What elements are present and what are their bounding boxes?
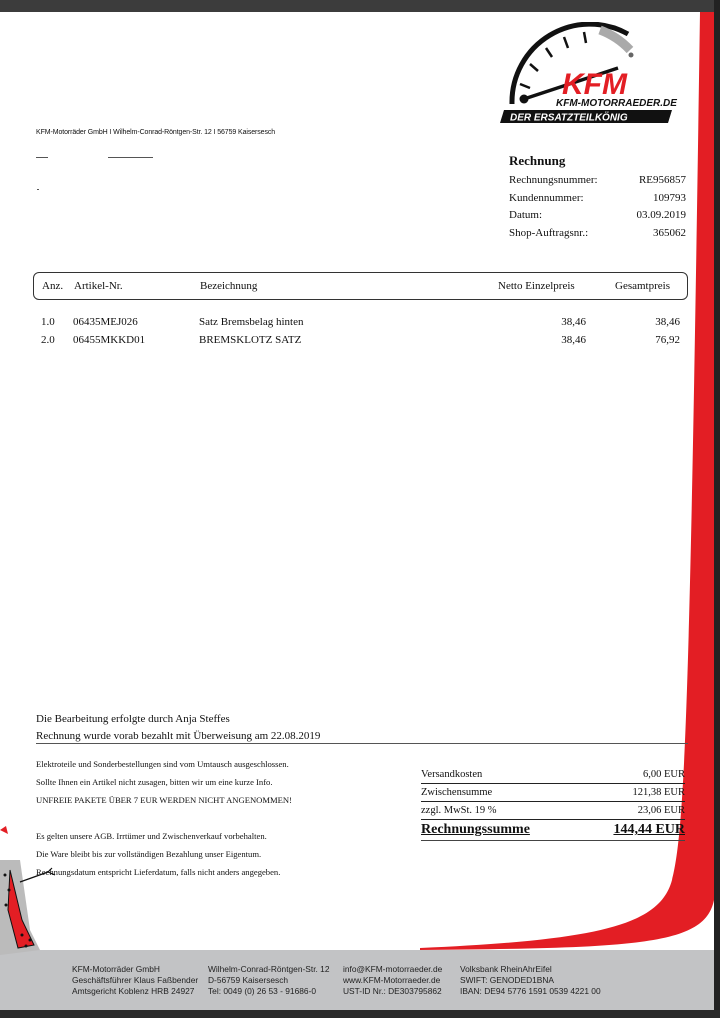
processed-by: Die Bearbeitung erfolgte durch Anja Stef…	[36, 711, 320, 728]
kfm-logo: KFM KFM-MOTORRAEDER.DE DER ERSATZTEILKÖN…	[500, 22, 690, 127]
shop-order-number: 365062	[653, 225, 686, 243]
col-total: Gesamtpreis	[615, 280, 670, 292]
footer-email: info@KFM-motorraeder.de	[343, 964, 442, 975]
totals-box: Versandkosten6,00 EUR Zwischensumme121,3…	[421, 766, 685, 841]
items-table-header: Anz. Artikel-Nr. Bezeichnung Netto Einze…	[33, 272, 688, 300]
viewer-bottom-bar	[0, 1010, 720, 1018]
invoice-date-row: Datum:03.09.2019	[509, 207, 686, 225]
svg-text:DER ERSATZTEILKÖNIG: DER ERSATZTEILKÖNIG	[510, 111, 628, 124]
invoice-info: Rechnung Rechnungsnummer:RE956857 Kunden…	[509, 153, 686, 242]
svg-text:KFM: KFM	[562, 68, 628, 101]
sender-address-line: KFM-Motorräder GmbH I Wilhelm-Conrad-Rön…	[36, 129, 275, 136]
footer-contact: info@KFM-motorraeder.de www.KFM-Motorrae…	[343, 964, 442, 997]
col-unit-price: Netto Einzelpreis	[498, 280, 575, 292]
invoice-date: 03.09.2019	[637, 207, 687, 225]
king-mascot-illustration	[0, 820, 60, 960]
subtotal-amount: 121,38 EUR	[633, 784, 686, 801]
invoice-title: Rechnung	[509, 153, 686, 169]
customer-number-row: Kundennummer:109793	[509, 190, 686, 208]
footer-company: KFM-Motorräder GmbH Geschäftsführer Klau…	[72, 964, 198, 997]
vat-amount: 23,06 EUR	[638, 802, 685, 819]
viewer-right-edge	[714, 0, 720, 1018]
grand-total-amount: 144,44 EUR	[613, 820, 685, 840]
shipping-amount: 6,00 EUR	[643, 766, 685, 783]
svg-text:KFM-MOTORRAEDER.DE: KFM-MOTORRAEDER.DE	[556, 98, 677, 109]
subtotal-row: Zwischensumme121,38 EUR	[421, 784, 685, 802]
invoice-number-row: Rechnungsnummer:RE956857	[509, 172, 686, 190]
divider	[36, 743, 688, 744]
invoice-number: RE956857	[639, 172, 686, 190]
table-row: 1.0 06435MEJ026 Satz Bremsbelag hinten 3…	[33, 316, 686, 334]
terms-notes: Elektroteile und Sonderbestellungen sind…	[36, 755, 292, 881]
col-qty: Anz.	[42, 280, 63, 292]
shop-order-row: Shop-Auftragsnr.:365062	[509, 225, 686, 243]
redacted-recipient	[37, 189, 39, 190]
shipping-row: Versandkosten6,00 EUR	[421, 766, 685, 784]
redacted-recipient	[108, 157, 153, 158]
processing-notes: Die Bearbeitung erfolgte durch Anja Stef…	[36, 711, 320, 745]
grand-total-row: Rechnungssumme144,44 EUR	[421, 820, 685, 840]
vat-row: zzgl. MwSt. 19 %23,06 EUR	[421, 802, 685, 820]
footer-website: www.KFM-Motorraeder.de	[343, 975, 442, 986]
footer-address: Wilhelm-Conrad-Röntgen-Str. 12 D-56759 K…	[208, 964, 330, 997]
table-row: 2.0 06455MKKD01 BREMSKLOTZ SATZ 38,46 76…	[33, 334, 686, 352]
col-article: Artikel-Nr.	[74, 280, 123, 292]
redacted-recipient	[36, 157, 48, 158]
col-description: Bezeichnung	[200, 280, 257, 292]
footer-bank: Volksbank RheinAhrEifel SWIFT: GENODED1B…	[460, 964, 601, 997]
customer-number: 109793	[653, 190, 686, 208]
